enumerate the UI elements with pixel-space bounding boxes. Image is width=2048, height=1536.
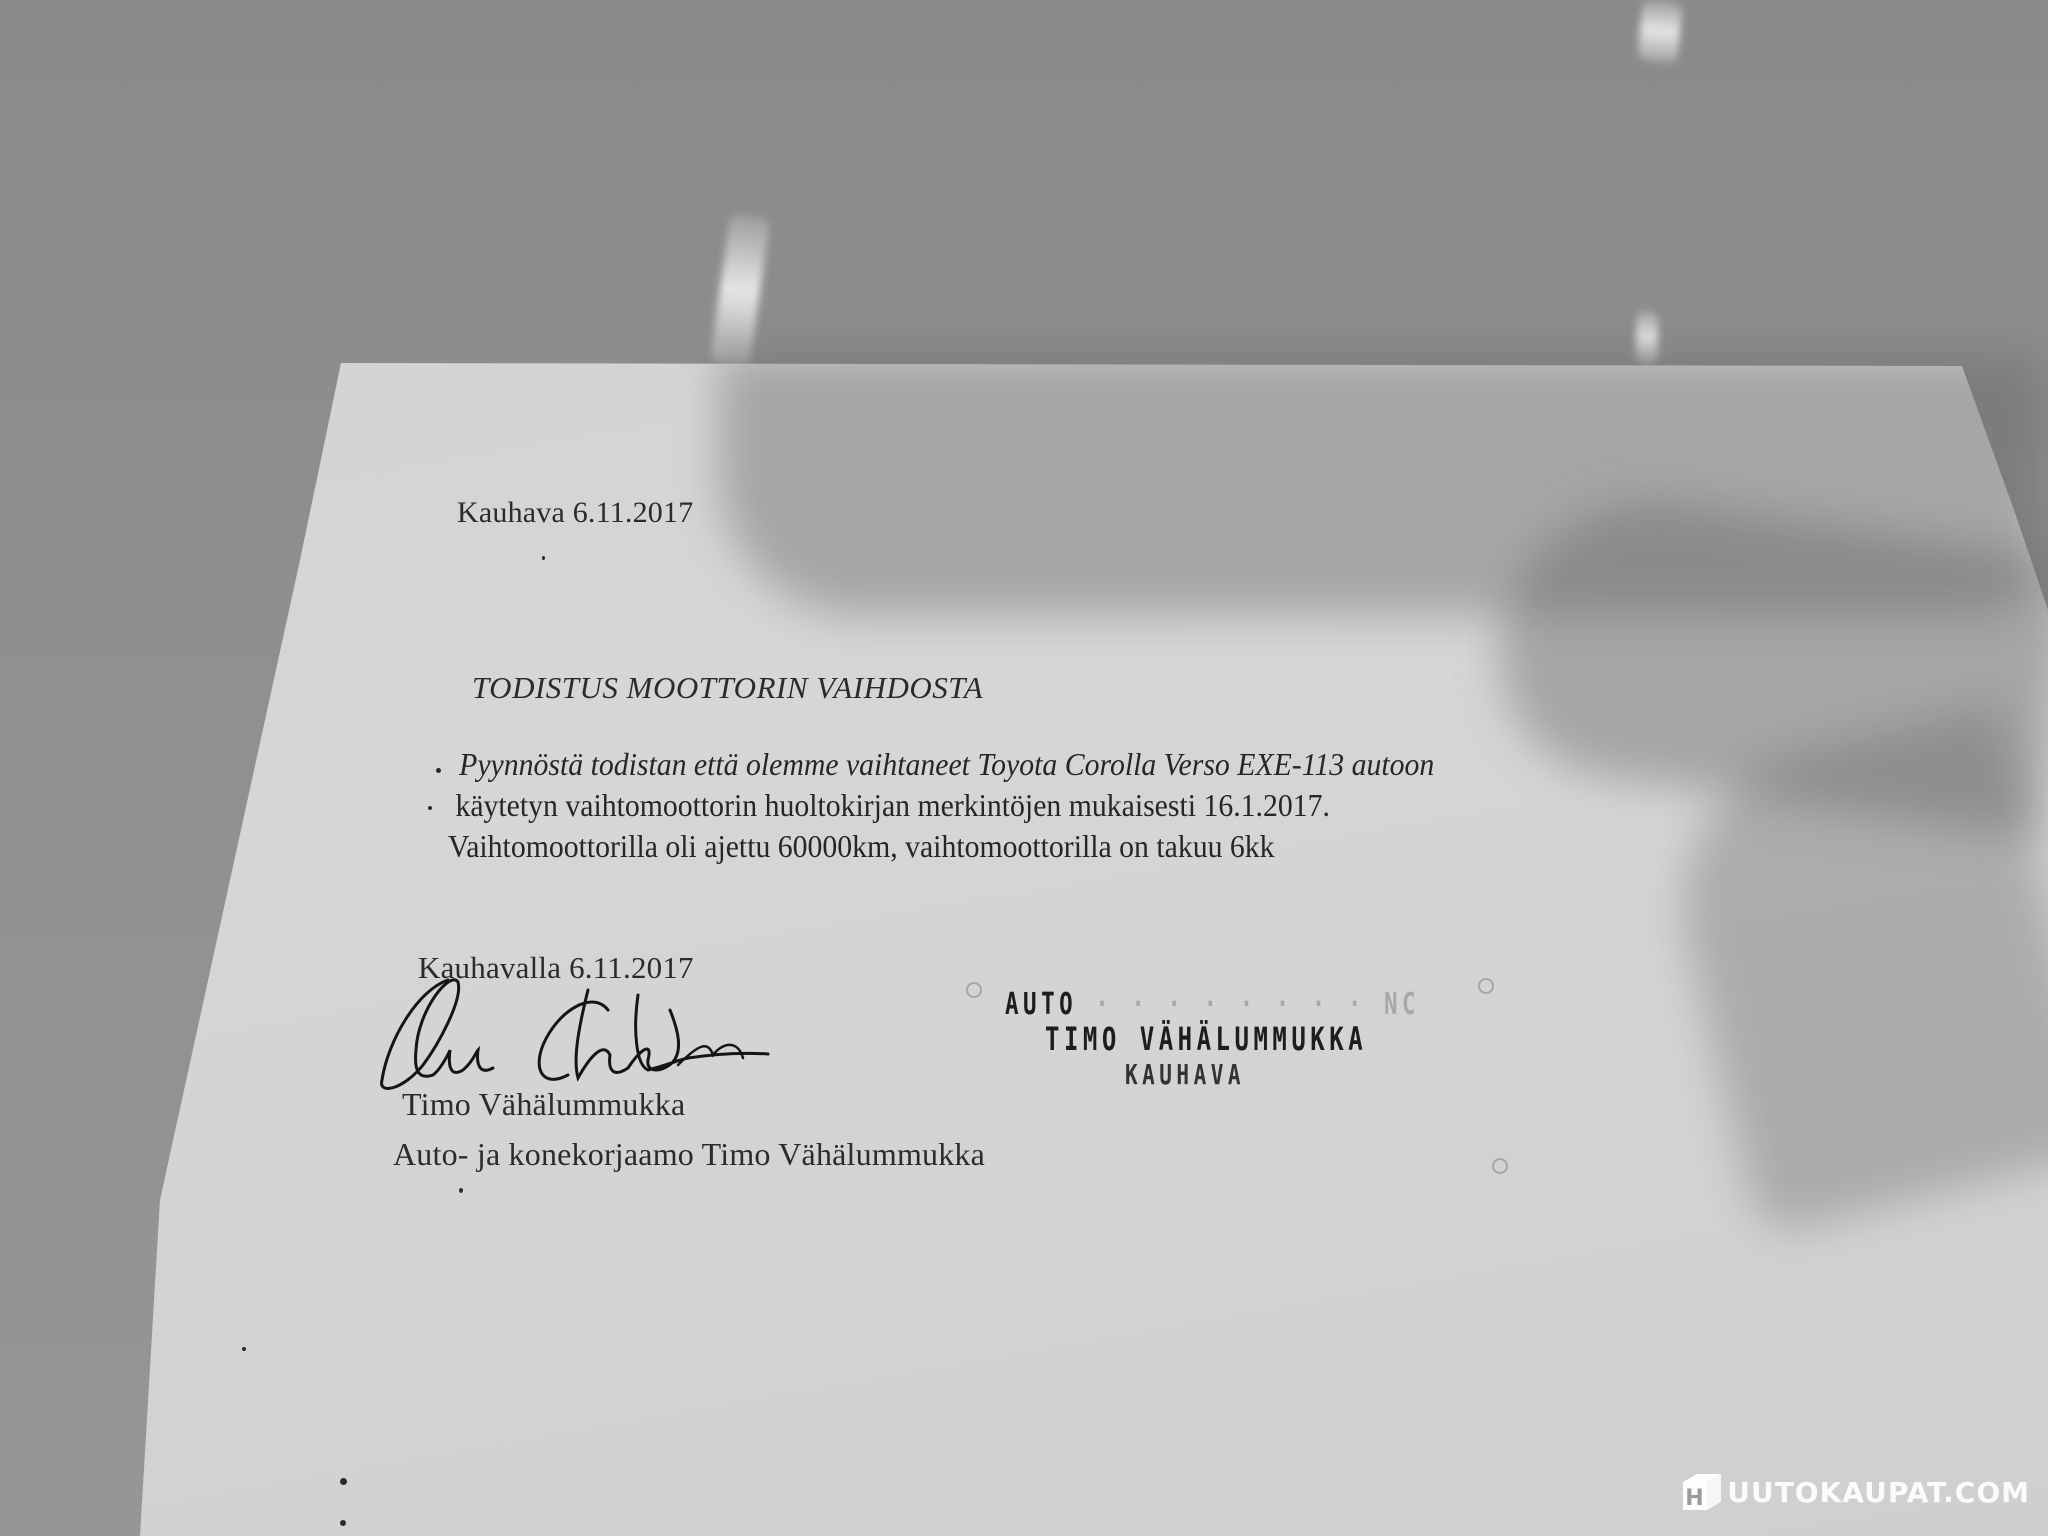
document-place-date: Kauhava 6.11.2017 — [457, 496, 693, 530]
document-body: Pyynnöstä todistan että olemme vaihtanee… — [448, 744, 1434, 867]
stamp-text-visible: AUTO — [1005, 987, 1077, 1022]
watermark-text: UUTOKAUPAT.COM — [1727, 1476, 2030, 1509]
body-line: käytetyn vaihtomoottorin huoltokirjan me… — [455, 785, 1434, 826]
document-title: TODISTUS MOOTTORIN VAIHDOSTA — [472, 670, 983, 706]
paper-dot — [242, 1347, 246, 1351]
stamp-text-faded: · · · · · · · · NC — [1095, 987, 1420, 1022]
paper-mark — [966, 982, 982, 998]
paper-mark — [1492, 1158, 1508, 1174]
paper-dot — [459, 1188, 463, 1193]
handwritten-signature — [378, 970, 898, 1100]
body-line: Vaihtomoottorilla oli ajettu 60000km, va… — [448, 826, 1434, 867]
stamp-line-2: TIMO VÄHÄLUMMUKKA — [1045, 1020, 1367, 1058]
paper-dot — [340, 1478, 347, 1485]
stamp-line-3: KAUHAVA — [1125, 1058, 1245, 1091]
box-logo-icon: H — [1679, 1470, 1725, 1514]
stamp-line-1: AUTO · · · · · · · · NC — [1005, 987, 1420, 1022]
signer-company: Auto- ja konekorjaamo Timo Vähälummukka — [393, 1136, 985, 1173]
svg-text:H: H — [1686, 1486, 1705, 1511]
light-reflection — [1637, 0, 1683, 64]
body-line: Pyynnöstä todistan että olemme vaihtanee… — [459, 744, 1434, 785]
site-watermark: H UUTOKAUPAT.COM — [1679, 1470, 2030, 1514]
light-reflection — [710, 213, 770, 367]
paper-dot — [428, 806, 432, 810]
signer-name: Timo Vähälummukka — [402, 1086, 685, 1123]
paper-dot — [436, 768, 441, 773]
paper-dot — [340, 1520, 346, 1526]
paper-dot — [542, 556, 545, 560]
paper-mark — [1478, 978, 1494, 994]
